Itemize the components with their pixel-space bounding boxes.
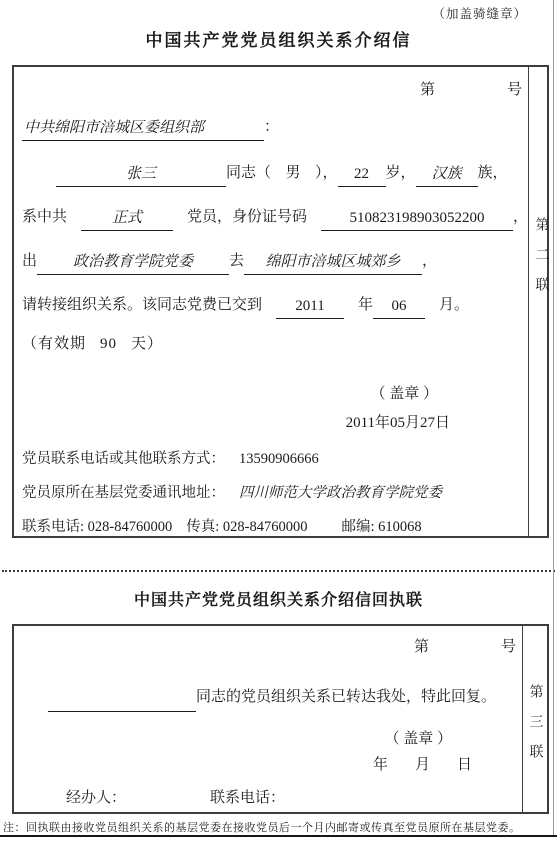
validity-days-value: 90 (100, 336, 117, 352)
origin-address-label: 党员原所在基层党委通讯地址： (22, 485, 225, 501)
letter-box-main: 第号 中共绵阳市涪城区委组织部： 张三同志（男），22岁，汉族族， 系中共正式党… (14, 67, 528, 536)
addressee-field: 中共绵阳市涪城区委组织部 (22, 116, 264, 141)
comma-label: ， (422, 253, 437, 269)
comrade-close-label: ）， (315, 165, 338, 181)
receipt-title: 中国共产党党员组织关系介绍信回执联 (0, 587, 557, 610)
handler-row: 经办人：联系电话： (22, 786, 522, 810)
month-suffix-label: 月。 (439, 297, 469, 313)
fax-value: 028-84760000 (223, 519, 308, 535)
fee-row: 请转接组织关系。该同志党费已交到2011年06月。 (22, 291, 528, 319)
tel-label: 联系电话: (22, 519, 84, 535)
perforation-divider (2, 570, 555, 572)
from-label: 出 (22, 253, 37, 269)
receipt-number-row: 第号 (22, 634, 522, 660)
number-prefix-label: 第 (420, 82, 435, 98)
handler-label: 经办人： (66, 790, 126, 806)
from-org-field: 政治教育学院党委 (37, 250, 229, 275)
year-suffix-label: 年 (358, 297, 373, 313)
origin-address-value: 四川师范大学政治教育学院党委 (239, 485, 442, 501)
page-right-border (553, 0, 554, 837)
receipt-copy-strip: 第三联 (522, 626, 547, 812)
comma-label: ， (513, 209, 528, 225)
ethnicity-field: 汉族 (416, 162, 478, 187)
seal-row: （ 盖章 ） (22, 383, 528, 405)
age-field: 22 (338, 162, 386, 187)
transfer-text-label: 请转接组织关系。该同志党费已交到 (22, 297, 262, 313)
member-type-field: 正式 (81, 206, 173, 231)
addressee-colon: ： (264, 119, 279, 135)
date-blank-label: 年 月 日 (373, 757, 478, 773)
seal-placeholder: （ 盖章 ） (384, 731, 452, 747)
origin-address-row: 党员原所在基层党委通讯地址：四川师范大学政治教育学院党委 (22, 481, 528, 505)
tel-value: 028-84760000 (88, 519, 173, 535)
fee-month-field: 06 (373, 294, 425, 319)
to-label: 去 (229, 253, 244, 269)
zip-value: 610068 (378, 519, 422, 535)
name-row: 张三同志（男），22岁，汉族族， (22, 159, 528, 187)
letter-copy-strip: 第二联 (528, 67, 553, 536)
membership-row: 系中共正式党员，身份证号码510823198903052200， (22, 203, 528, 231)
page-bottom-border (0, 835, 557, 837)
member-name-field: 张三 (56, 162, 226, 187)
member-mid-label: 党员，身份证号码 (187, 209, 307, 225)
document-page: （加盖骑缝章） 中国共产党党员组织关系介绍信 第号 中共绵阳市涪城区委组织部： … (0, 0, 557, 842)
contact-label: 党员联系电话或其他联系方式： (22, 451, 225, 467)
tel-fax-zip-row: 联系电话: 028-84760000传真: 028-84760000邮编: 61… (22, 515, 528, 539)
receipt-box: 第号 同志的党员组织关系已转达我处，特此回复。 （ 盖章 ） 年 月 日 经办人… (12, 624, 549, 814)
seam-stamp-note: （加盖骑缝章） (0, 0, 557, 22)
age-suffix-label: 岁， (386, 165, 416, 181)
gender-field: 男 (271, 159, 315, 187)
number-suffix-label: 号 (501, 639, 516, 655)
receipt-seal-row: （ 盖章 ） (22, 728, 522, 750)
fax-label: 传真: (186, 519, 219, 535)
fee-year-field: 2011 (276, 294, 344, 319)
footnote: 注：回执联由接收党员组织关系的基层党委在接收党员后一个月内邮寄或传真至党员原所在… (3, 821, 555, 835)
seal-placeholder: （ 盖章 ） (371, 386, 439, 402)
reply-row: 同志的党员组织关系已转达我处，特此回复。 (22, 682, 522, 712)
validity-row: （有效期90天） (22, 331, 528, 357)
number-suffix-label: 号 (507, 82, 522, 98)
receipt-date-row: 年 月 日 (22, 754, 522, 776)
validity-post-label: 天） (131, 336, 163, 352)
letter-title: 中国共产党党员组织关系介绍信 (0, 26, 557, 51)
issue-date-value: 2011年05月27日 (346, 415, 450, 431)
letter-box: 第号 中共绵阳市涪城区委组织部： 张三同志（男），22岁，汉族族， 系中共正式党… (12, 65, 549, 538)
contact-row: 党员联系电话或其他联系方式：13590906666 (22, 447, 528, 471)
reply-name-blank-field (48, 711, 196, 712)
reply-text-label: 同志的党员组织关系已转达我处，特此回复。 (196, 689, 496, 705)
letter-number-row: 第号 (22, 77, 528, 103)
receipt-phone-label: 联系电话： (210, 790, 285, 806)
copy-number-label: 第三联 (524, 684, 547, 812)
validity-pre-label: （有效期 (22, 336, 86, 352)
member-prefix-label: 系中共 (22, 209, 67, 225)
copy-number-label: 第二联 (530, 217, 553, 536)
id-number-field: 510823198903052200 (321, 206, 513, 231)
contact-value: 13590906666 (239, 451, 319, 467)
addressee-row: 中共绵阳市涪城区委组织部： (22, 113, 528, 141)
ethnicity-suffix-label: 族， (478, 165, 508, 181)
receipt-box-main: 第号 同志的党员组织关系已转达我处，特此回复。 （ 盖章 ） 年 月 日 经办人… (14, 626, 522, 812)
issue-date-row: 2011年05月27日 (22, 411, 528, 435)
from-to-row: 出政治教育学院党委去绵阳市涪城区城郊乡， (22, 247, 528, 275)
zip-label: 邮编: (342, 519, 375, 535)
comrade-open-label: 同志（ (226, 165, 271, 181)
number-prefix-label: 第 (414, 639, 429, 655)
to-org-field: 绵阳市涪城区城郊乡 (244, 250, 422, 275)
